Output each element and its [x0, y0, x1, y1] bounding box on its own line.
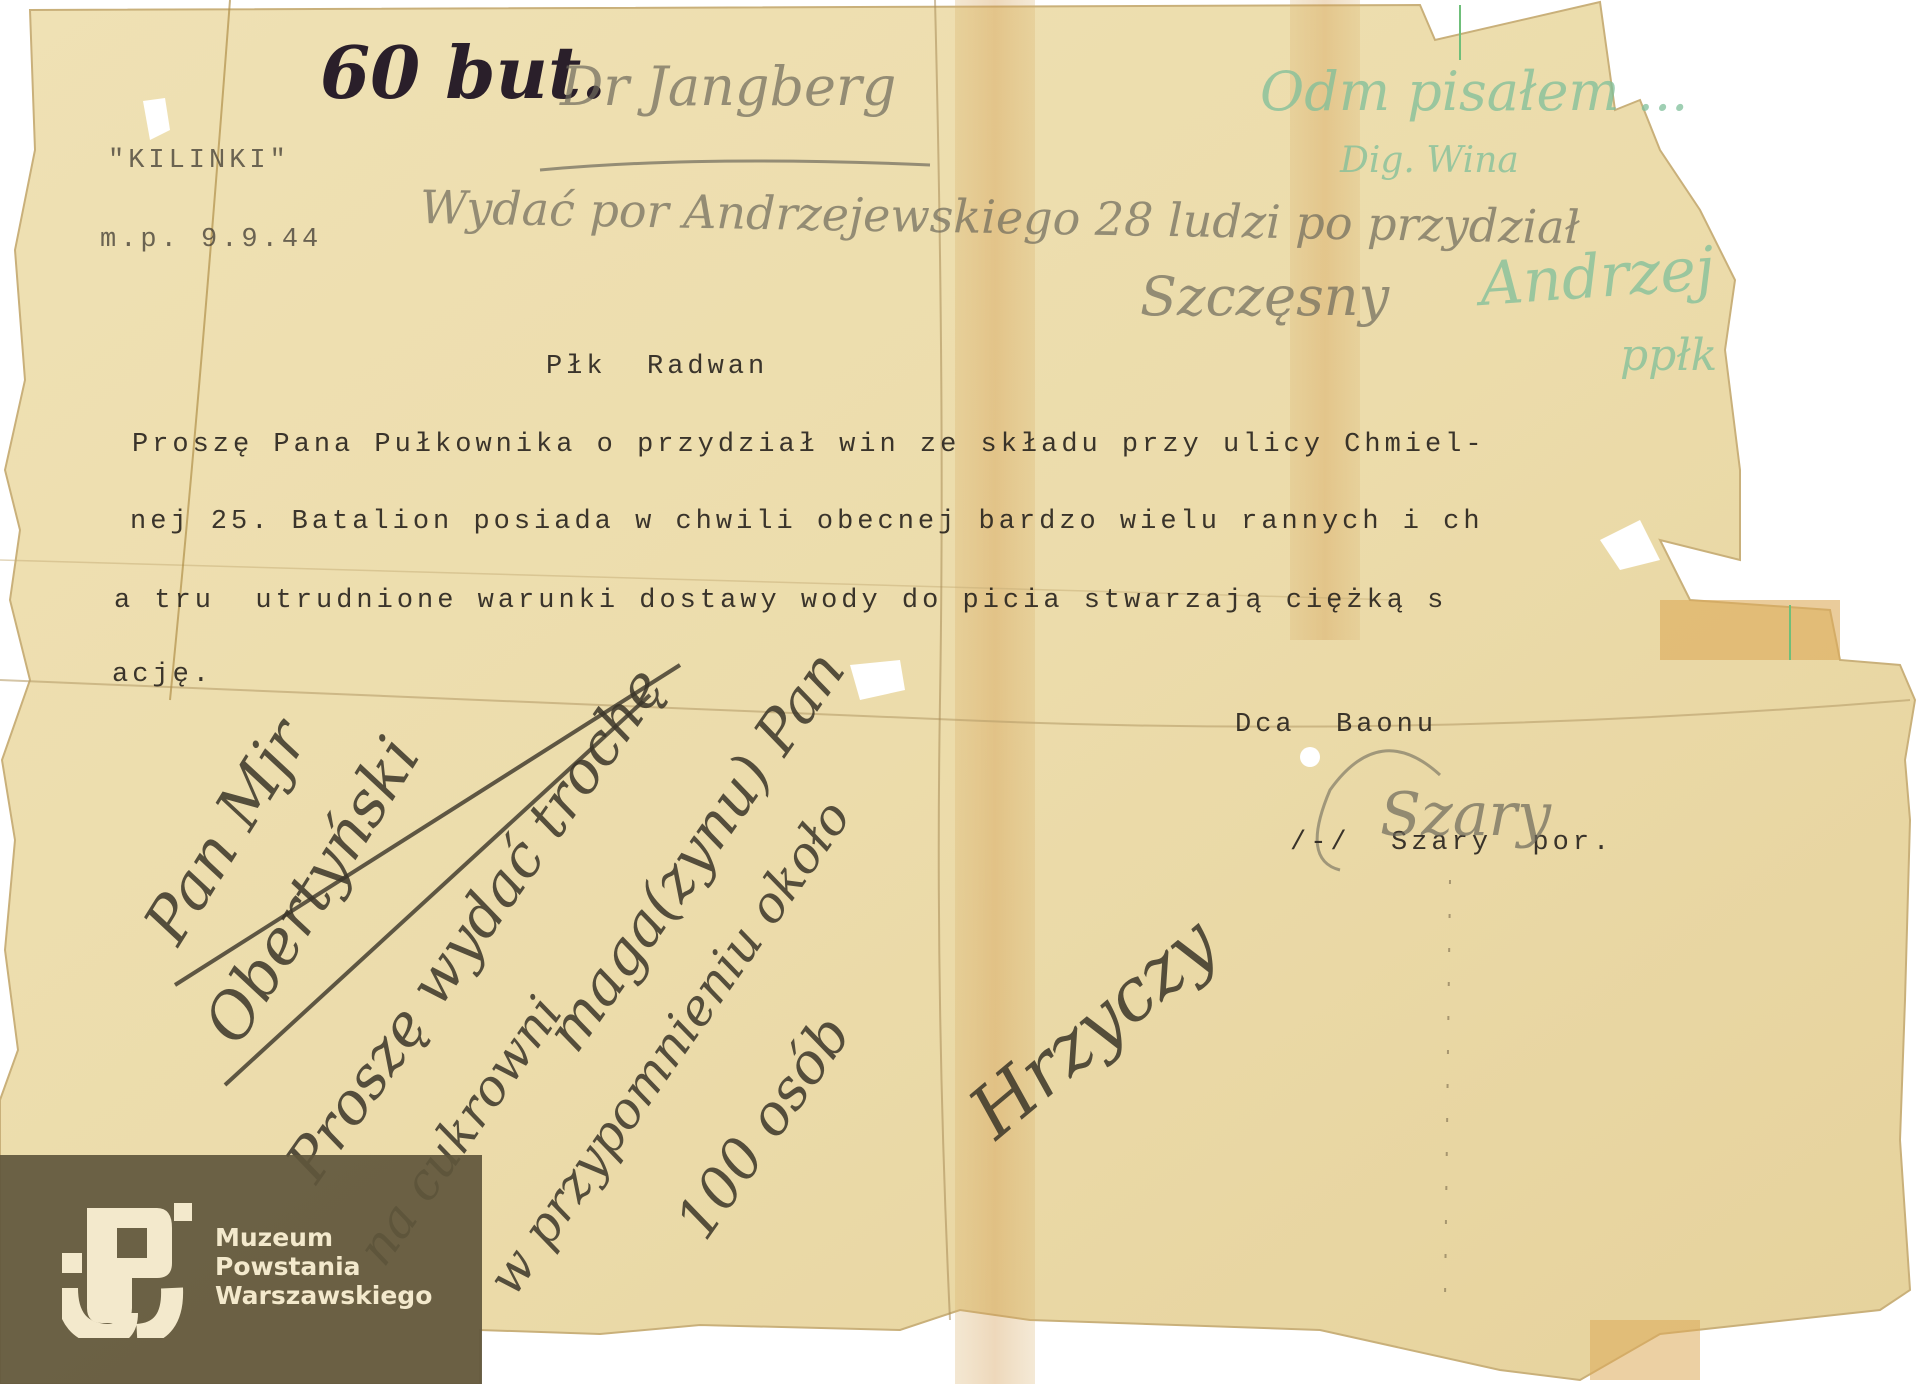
green-note-2: Dig. Wina — [1340, 140, 1519, 181]
addressee: Płk Radwan — [546, 352, 768, 382]
museum-watermark: Muzeum Powstania Warszawskiego — [0, 1155, 482, 1384]
kotwica-anchor-icon — [62, 1203, 192, 1338]
green-note-4: ppłk — [1620, 330, 1717, 381]
annotation-jangberg: Dr Jangberg — [560, 55, 896, 118]
body-line-3: a tru utrudnione warunki dostawy wody do… — [114, 586, 1447, 616]
museum-name: Muzeum Powstania Warszawskiego — [215, 1223, 432, 1310]
body-line-1: Proszę Pana Pułkownika o przydział win z… — [132, 430, 1486, 460]
body-line-2: nej 25. Batalion posiada w chwili obecne… — [130, 507, 1484, 537]
body-line-4: ację. — [112, 660, 213, 690]
green-note-1: Odm pisałem ... — [1260, 60, 1688, 123]
annotation-szary-signature: Szary — [1380, 780, 1551, 850]
museum-name-line-2: Powstania — [215, 1252, 432, 1281]
museum-name-line-1: Muzeum — [215, 1223, 432, 1252]
unit-name: "KILINKI" — [108, 146, 290, 176]
museum-name-line-3: Warszawskiego — [215, 1281, 432, 1310]
annotation-signature-top: Szczęsny — [1140, 265, 1389, 328]
signature-title: Dca Baonu — [1235, 710, 1437, 740]
place-date: m.p. 9.9.44 — [100, 225, 322, 255]
